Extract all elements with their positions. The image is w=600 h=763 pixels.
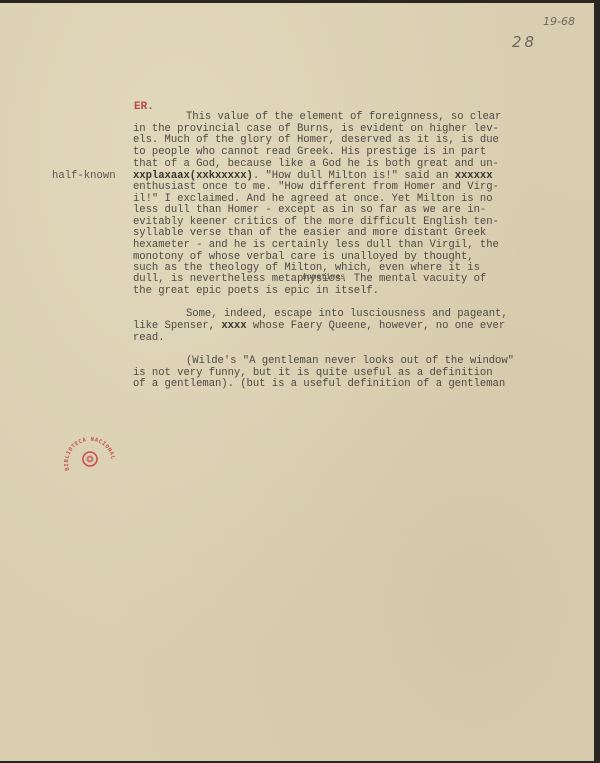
text-line: of a gentleman). (but is a useful defini… [133, 378, 505, 390]
interlinear-insert: sometimes [302, 273, 345, 282]
text-line: that of a God, because like a God he is … [133, 158, 499, 170]
library-stamp-icon: BIBLIOTECA NACIONAL [62, 428, 118, 484]
text-line: less dull than Homer - except as in so f… [133, 204, 486, 216]
line-text: like Spenser, [133, 320, 221, 332]
folio-mark: 19-68 [543, 15, 575, 28]
document-page: 19-68 28 ER. half-known This value of th… [0, 3, 594, 761]
text-line: Some, indeed, escape into lusciousness a… [186, 308, 508, 320]
text-line: This value of the element of foreignness… [186, 111, 501, 123]
text-line: enthusiast once to me. "How different fr… [133, 181, 499, 193]
heading-fragment: ER. [134, 101, 154, 113]
text-line: read. [133, 332, 165, 344]
struck-out-text: xxxx [221, 320, 246, 332]
text-line: hexameter - and he is certainly less dul… [133, 239, 499, 251]
text-line: like Spenser, xxxx whose Faery Queene, h… [133, 320, 505, 332]
text-line: the great epic poets is epic in itself. [133, 285, 379, 297]
text-line: syllable verse than of the easier and mo… [133, 227, 486, 239]
line-text: whose Faery Queene, however, no one ever [247, 320, 506, 332]
page-number: 28 [512, 33, 537, 51]
margin-note: half-known [52, 170, 116, 182]
text-line: (Wilde's "A gentleman never looks out of… [186, 355, 514, 367]
text-line: els. Much of the glory of Homer, deserve… [133, 134, 499, 146]
text-line: to people who cannot read Greek. His pre… [133, 146, 486, 158]
